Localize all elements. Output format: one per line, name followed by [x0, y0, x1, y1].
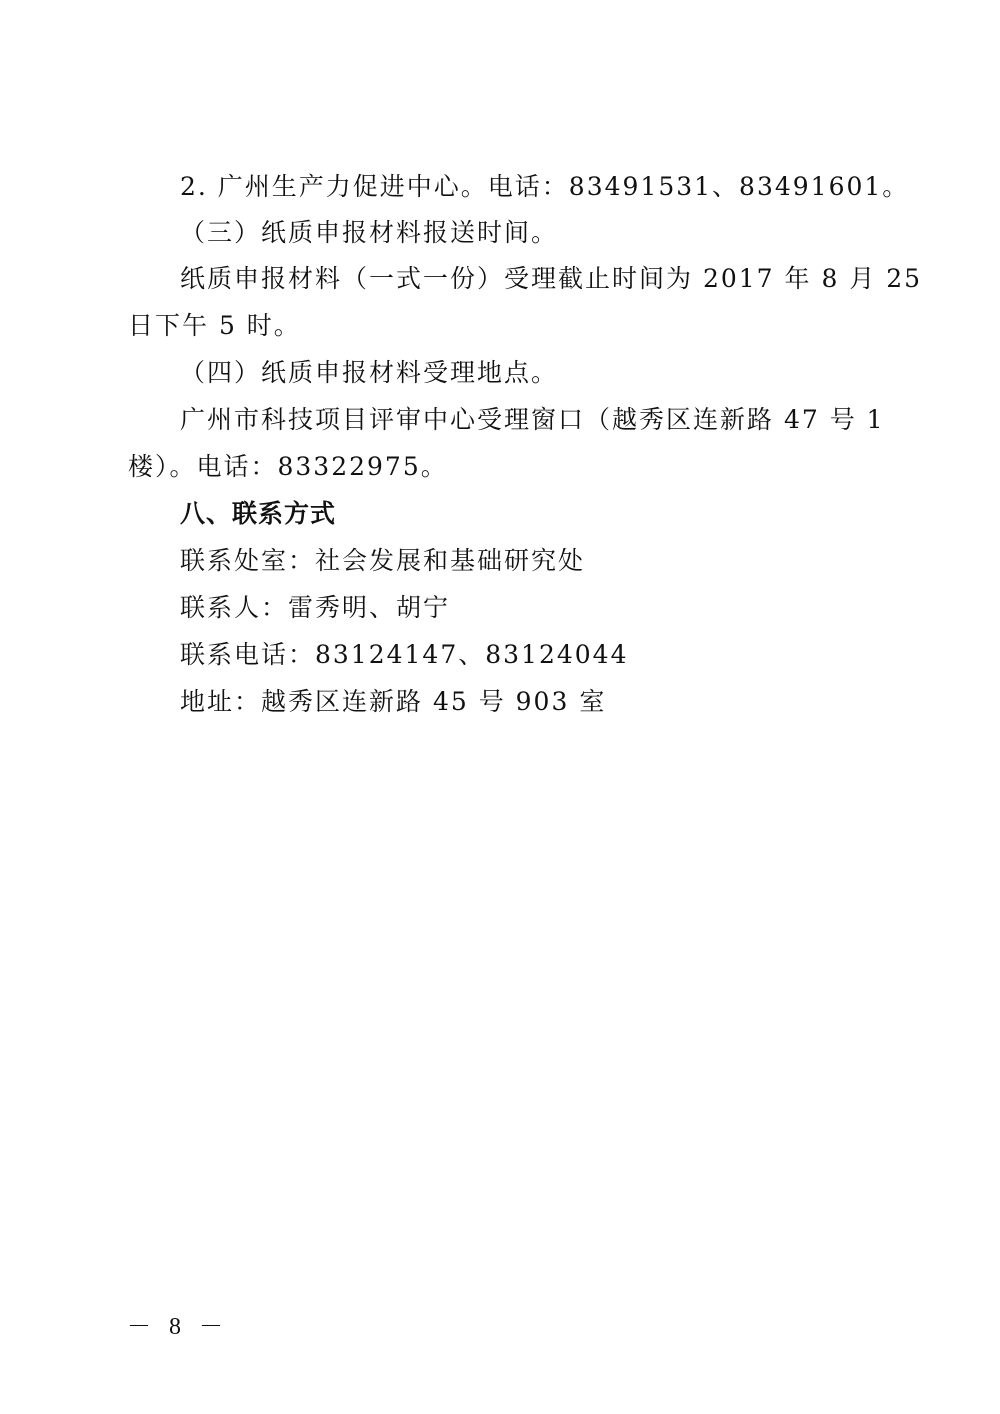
text-line-location-cont: 楼）。电话：83322975。 [128, 452, 448, 482]
subheading-submission-location: （四）纸质申报材料受理地点。 [180, 358, 558, 388]
text-line-deadline: 纸质申报材料（一式一份）受理截止时间为 2017 年 8 月 25 [180, 264, 922, 294]
section-heading-contact: 八、联系方式 [180, 499, 336, 529]
subheading-submission-time: （三）纸质申报材料报送时间。 [180, 218, 558, 248]
contact-department: 联系处室：社会发展和基础研究处 [180, 546, 585, 576]
text-line-productivity-center-phone: 2. 广州生产力促进中心。电话：83491531、83491601。 [180, 172, 909, 202]
contact-phone: 联系电话：83124147、83124044 [180, 640, 629, 670]
page-number: － 8 － [127, 1306, 229, 1341]
contact-address: 地址：越秀区连新路 45 号 903 室 [180, 687, 606, 717]
contact-persons: 联系人：雷秀明、胡宁 [180, 593, 450, 623]
text-line-deadline-cont: 日下午 5 时。 [128, 311, 301, 341]
text-line-location: 广州市科技项目评审中心受理窗口（越秀区连新路 47 号 1 [180, 405, 885, 435]
